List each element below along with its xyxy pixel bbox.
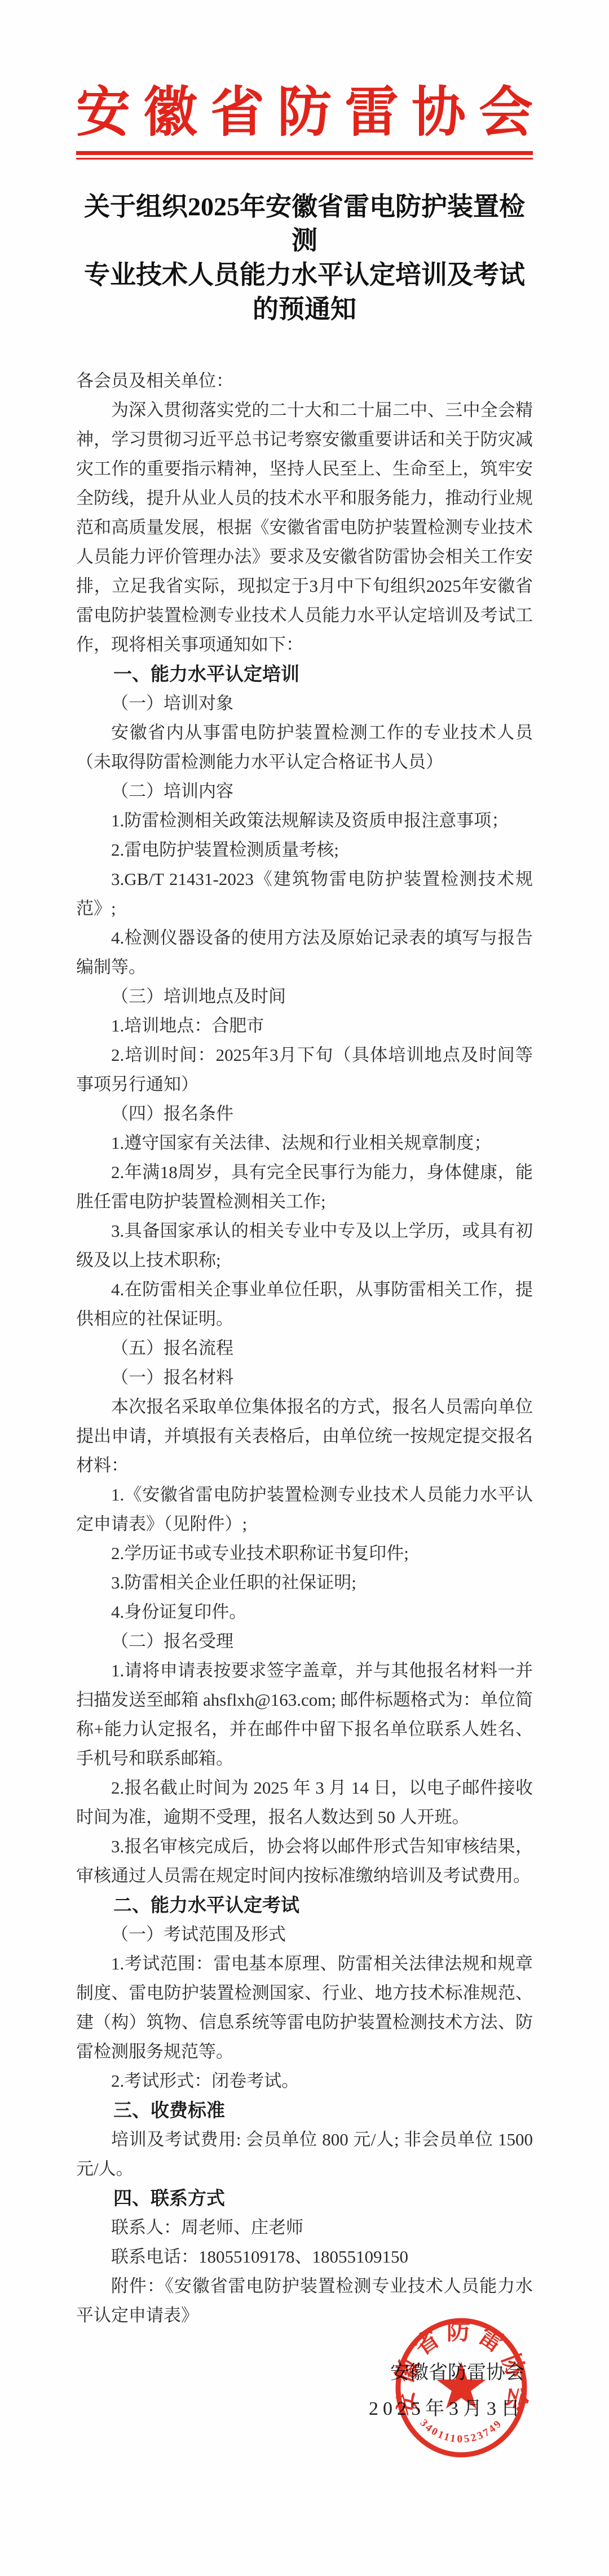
signup-material-1: 1.《安徽省雷电防护装置检测专业技术人员能力水平认定申请表》（见附件）;	[76, 1480, 533, 1539]
subsection-training-content-heading: （二）培训内容	[76, 777, 533, 806]
fee-paragraph: 培训及考试费用: 会员单位 800 元/人; 非会员单位 1500 元/人。	[76, 2125, 533, 2184]
red-divider-rule	[76, 151, 533, 160]
training-target-paragraph: 安徽省内从事雷电防护装置检测工作的专业技术人员（未取得防雷检测能力水平认定合格证…	[76, 718, 533, 777]
subsection-signup-acceptance-heading: （二）报名受理	[76, 1627, 533, 1656]
document-title: 关于组织2025年安徽省雷电防护装置检测 专业技术人员能力水平认定培训及考试的预…	[76, 190, 533, 327]
svg-text:3401110523749: 3401110523749	[418, 2417, 505, 2445]
signup-condition-3: 3.具备国家承认的相关专业中专及以上学历，或具有初级及以上技术职称;	[76, 1216, 533, 1275]
seal-number: 3401110523749	[418, 2417, 505, 2445]
official-red-seal: 安徽省防雷协会 3401110523749	[391, 2313, 533, 2463]
section-4-heading: 四、联系方式	[76, 2184, 533, 2213]
exam-form-item: 2.考试形式：闭卷考试。	[76, 2066, 533, 2096]
signup-condition-2: 2.年满18周岁，具有完全民事行为能力，身体健康，能胜任雷电防护装置检测相关工作…	[76, 1158, 533, 1216]
document-content: 安徽省防雷协会 关于组织2025年安徽省雷电防护装置检测 专业技术人员能力水平认…	[0, 0, 609, 2330]
subsection-training-place-time-heading: （三）培训地点及时间	[76, 982, 533, 1011]
training-content-item-3: 3.GB/T 21431-2023《建筑物雷电防护装置检测技术规范》;	[76, 865, 533, 923]
exam-scope-item: 1.考试范围：雷电基本原理、防雷相关法律法规和规章制度、雷电防护装置检测国家、行…	[76, 1949, 533, 2066]
salutation: 各会员及相关单位：	[76, 366, 533, 396]
training-content-item-1: 1.防雷检测相关政策法规解读及资质申报注意事项；	[76, 806, 533, 835]
signup-acceptance-item-2: 2.报名截止时间为 2025 年 3 月 14 日，以电子邮件接收时间为准，逾期…	[76, 1773, 533, 1832]
signup-material-3: 3.防雷相关企业任职的社保证明;	[76, 1568, 533, 1597]
document-body: 各会员及相关单位： 为深入贯彻落实党的二十大和二十届二中、三中全会精神，学习贯彻…	[76, 366, 533, 2330]
signup-condition-1: 1.遵守国家有关法律、法规和行业相关规章制度；	[76, 1128, 533, 1158]
contact-phone-line: 联系电话：18055109178、18055109150	[76, 2242, 533, 2272]
subsection-training-target-heading: （一）培训对象	[76, 689, 533, 718]
subsection-signup-materials-heading: （一）报名材料	[76, 1363, 533, 1392]
contact-person-line: 联系人：周老师、庄老师	[76, 2213, 533, 2242]
intro-paragraph: 为深入贯彻落实党的二十大和二十届二中、三中全会精神，学习贯彻习近平总书记考察安徽…	[76, 396, 533, 660]
subsection-exam-scope-heading: （一）考试范围及形式	[76, 1920, 533, 1949]
scanned-notice-page: 安徽省防雷协会 关于组织2025年安徽省雷电防护装置检测 专业技术人员能力水平认…	[0, 0, 609, 2576]
section-2-heading: 二、能力水平认定考试	[76, 1891, 533, 1920]
signup-material-2: 2.学历证书或专业技术职称证书复印件;	[76, 1539, 533, 1568]
masthead-org-title: 安徽省防雷协会	[76, 83, 533, 142]
seal-star-icon	[436, 2362, 486, 2409]
training-content-item-4: 4.检测仪器设备的使用方法及原始记录表的填写与报告编制等。	[76, 923, 533, 982]
training-content-item-2: 2.雷电防护装置检测质量考核;	[76, 835, 533, 865]
document-title-line-2: 专业技术人员能力水平认定培训及考试的预通知	[76, 258, 533, 326]
signup-condition-4: 4.在防雷相关企事业单位任职，从事防雷相关工作，提供相应的社保证明。	[76, 1275, 533, 1334]
section-1-heading: 一、能力水平认定培训	[76, 660, 533, 689]
subsection-signup-process-heading: （五）报名流程	[76, 1334, 533, 1363]
signup-materials-intro: 本次报名采取单位集体报名的方式，报名人员需向单位提出申请，并填报有关表格后，由单…	[76, 1392, 533, 1480]
section-3-heading: 三、收费标准	[76, 2096, 533, 2125]
signup-acceptance-item-1: 1.请将申请表按要求签字盖章，并与其他报名材料一并扫描发送至邮箱 ahsflxh…	[76, 1656, 533, 1773]
signup-acceptance-item-3: 3.报名审核完成后，协会将以邮件形式告知审核结果，审核通过人员需在规定时间内按标…	[76, 1832, 533, 1891]
signup-material-4: 4.身份证复印件。	[76, 1597, 533, 1627]
subsection-signup-conditions-heading: （四）报名条件	[76, 1099, 533, 1128]
training-time-item: 2.培训时间：2025年3月下旬（具体培训地点及时间等事项另行通知）	[76, 1041, 533, 1099]
document-title-line-1: 关于组织2025年安徽省雷电防护装置检测	[76, 190, 533, 258]
training-place-item: 1.培训地点：合肥市	[76, 1011, 533, 1041]
